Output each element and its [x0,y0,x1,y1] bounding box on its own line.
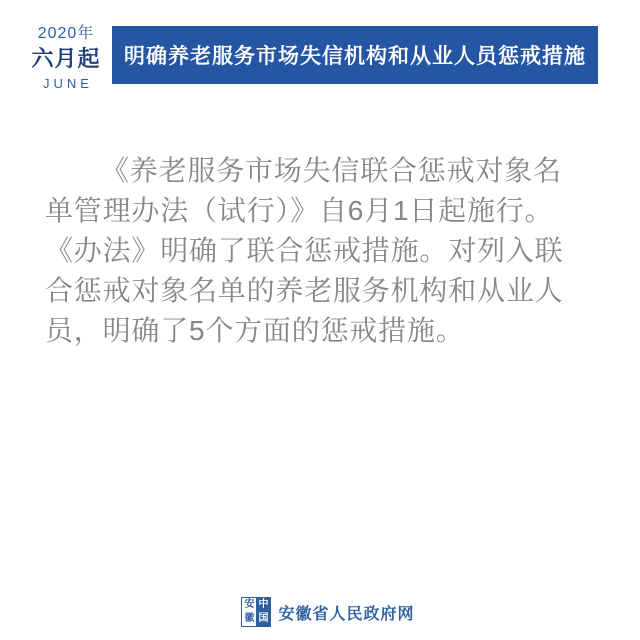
anhui-china-seal-icon: 安 中 徽 国 [241,597,271,627]
date-month: 六月起 [28,48,104,70]
title-banner: 明确养老服务市场失信机构和从业人员惩戒措施 [112,26,598,84]
seal-char-top-right: 中 [256,598,270,612]
seal-char-top-left: 安 [242,598,256,612]
article-line: 合惩戒对象名单的养老服务机构和从业人 [45,271,597,311]
footer: 安 中 徽 国 安徽省人民政府网 [16,597,640,627]
article-paragraph: 《养老服务市场失信联合惩戒对象名 单管理办法（试行）》自6月1日起施行。 《办法… [45,151,597,351]
seal-char-bottom-left: 徽 [242,612,256,626]
seal-char-bottom-right: 国 [256,612,270,626]
article-line: 员，明确了5个方面的惩戒措施。 [45,311,597,351]
date-month-english: JUNE [28,77,104,90]
article-line: 《办法》明确了联合惩戒措施。对列入联 [45,231,597,271]
site-name: 安徽省人民政府网 [278,601,414,624]
article-line: 单管理办法（试行）》自6月1日起施行。 [45,191,597,231]
date-block: 2020年 六月起 JUNE [28,26,104,90]
date-year: 2020年 [28,26,104,42]
article-line: 《养老服务市场失信联合惩戒对象名 [45,151,597,191]
banner-title: 明确养老服务市场失信机构和从业人员惩戒措施 [124,40,586,70]
